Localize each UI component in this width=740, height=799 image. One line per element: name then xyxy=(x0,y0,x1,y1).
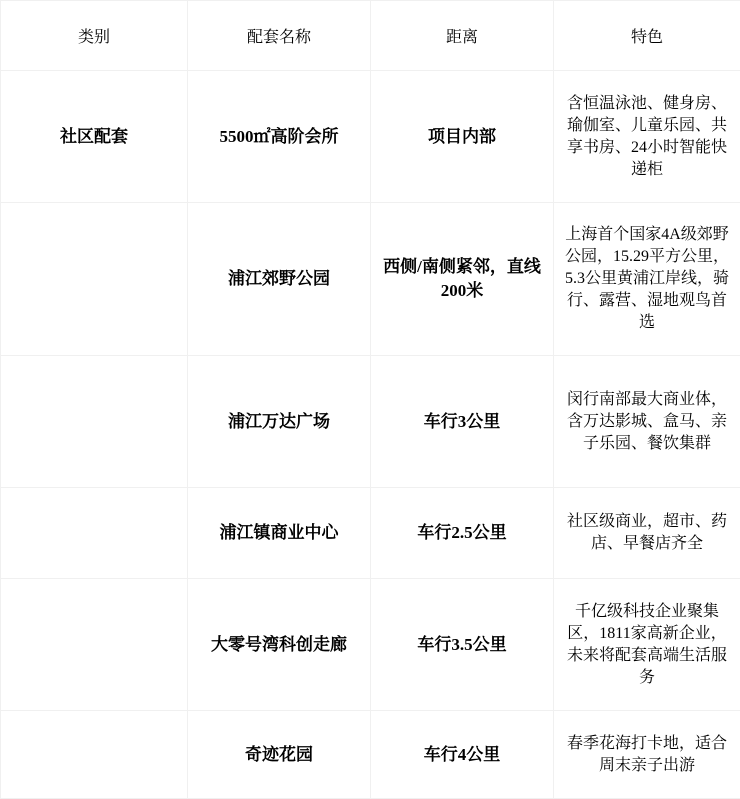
cell-distance: 西侧/南侧紧邻，直线200米 xyxy=(371,203,554,356)
column-header-distance: 距离 xyxy=(371,1,554,71)
table-row: 社区配套 5500㎡高阶会所 项目内部 含恒温泳池、健身房、瑜伽室、儿童乐园、共… xyxy=(1,71,740,203)
table-row: 浦江郊野公园 西侧/南侧紧邻，直线200米 上海首个国家4A级郊野公园，15.2… xyxy=(1,203,740,356)
cell-feature: 春季花海打卡地，适合周末亲子出游 xyxy=(554,711,740,799)
column-header-category: 类别 xyxy=(1,1,188,71)
cell-feature: 千亿级科技企业聚集区，1811家高新企业，未来将配套高端生活服务 xyxy=(554,579,740,711)
cell-distance: 车行4公里 xyxy=(371,711,554,799)
cell-name: 5500㎡高阶会所 xyxy=(188,71,371,203)
table-row: 奇迹花园 车行4公里 春季花海打卡地，适合周末亲子出游 xyxy=(1,711,740,799)
cell-category: 社区配套 xyxy=(1,71,188,203)
cell-category xyxy=(1,579,188,711)
table-row: 浦江镇商业中心 车行2.5公里 社区级商业，超市、药店、早餐店齐全 xyxy=(1,488,740,579)
cell-name: 大零号湾科创走廊 xyxy=(188,579,371,711)
cell-feature: 含恒温泳池、健身房、瑜伽室、儿童乐园、共享书房、24小时智能快递柜 xyxy=(554,71,740,203)
cell-name: 奇迹花园 xyxy=(188,711,371,799)
cell-category xyxy=(1,488,188,579)
cell-distance: 车行3.5公里 xyxy=(371,579,554,711)
amenities-table: 类别 配套名称 距离 特色 社区配套 5500㎡高阶会所 项目内部 含恒温泳池、… xyxy=(0,0,740,799)
table-row: 浦江万达广场 车行3公里 闵行南部最大商业体，含万达影城、盒马、亲子乐园、餐饮集… xyxy=(1,356,740,488)
cell-category xyxy=(1,356,188,488)
cell-feature: 社区级商业，超市、药店、早餐店齐全 xyxy=(554,488,740,579)
cell-name: 浦江郊野公园 xyxy=(188,203,371,356)
cell-distance: 车行3公里 xyxy=(371,356,554,488)
cell-distance: 项目内部 xyxy=(371,71,554,203)
table-header-row: 类别 配套名称 距离 特色 xyxy=(1,1,740,71)
cell-name: 浦江镇商业中心 xyxy=(188,488,371,579)
column-header-feature: 特色 xyxy=(554,1,740,71)
cell-distance: 车行2.5公里 xyxy=(371,488,554,579)
cell-name: 浦江万达广场 xyxy=(188,356,371,488)
cell-category xyxy=(1,711,188,799)
cell-feature: 上海首个国家4A级郊野公园，15.29平方公里，5.3公里黄浦江岸线，骑行、露营… xyxy=(554,203,740,356)
cell-feature: 闵行南部最大商业体，含万达影城、盒马、亲子乐园、餐饮集群 xyxy=(554,356,740,488)
cell-category xyxy=(1,203,188,356)
column-header-name: 配套名称 xyxy=(188,1,371,71)
table-row: 大零号湾科创走廊 车行3.5公里 千亿级科技企业聚集区，1811家高新企业，未来… xyxy=(1,579,740,711)
